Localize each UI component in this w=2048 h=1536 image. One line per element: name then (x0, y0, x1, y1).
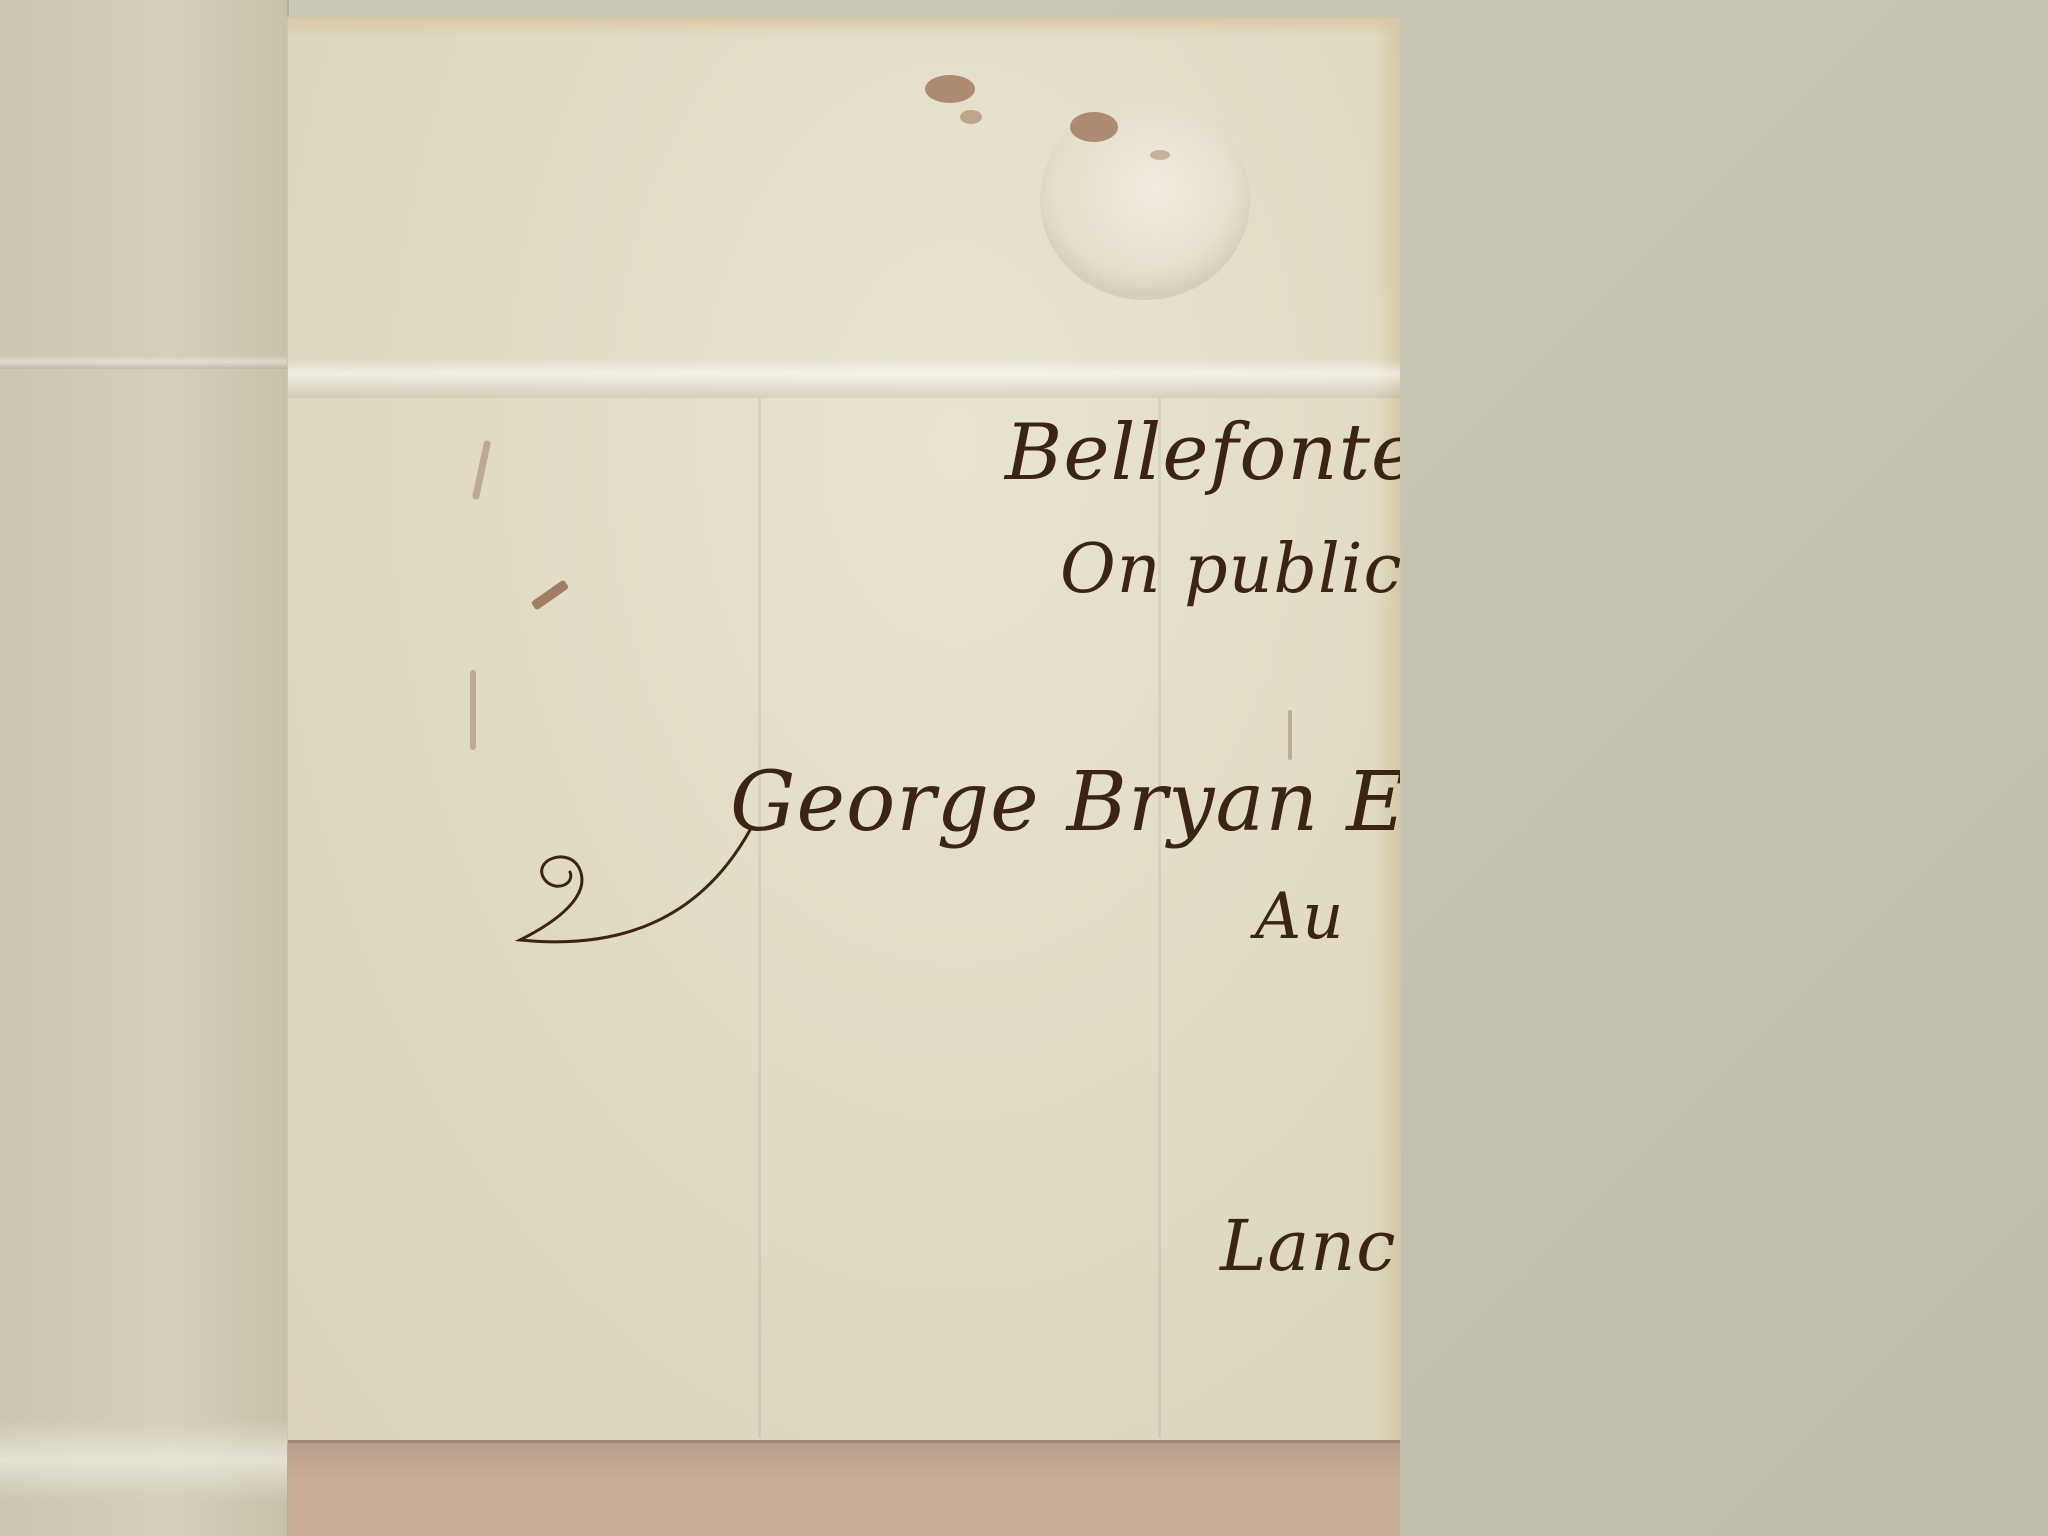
bottom-flap (288, 1440, 1400, 1536)
handwriting-line-on-public: On public (1060, 530, 1400, 609)
folded-left-panel (0, 0, 289, 1536)
horizontal-fold-crease (0, 355, 287, 369)
handwriting-line-place: Lanc (1220, 1205, 1397, 1287)
flourish-swirl (500, 800, 800, 960)
paper-shine (0, 1420, 287, 1500)
handwriting-line-bellefonte: Bellefonte (1005, 408, 1400, 498)
handwriting-line-title: Au (1255, 880, 1344, 954)
handwriting-area: Bellefonte On public George Bryan Esq Au… (288, 18, 1400, 1440)
handwriting-line-addressee: George Bryan Esq (730, 755, 1400, 850)
